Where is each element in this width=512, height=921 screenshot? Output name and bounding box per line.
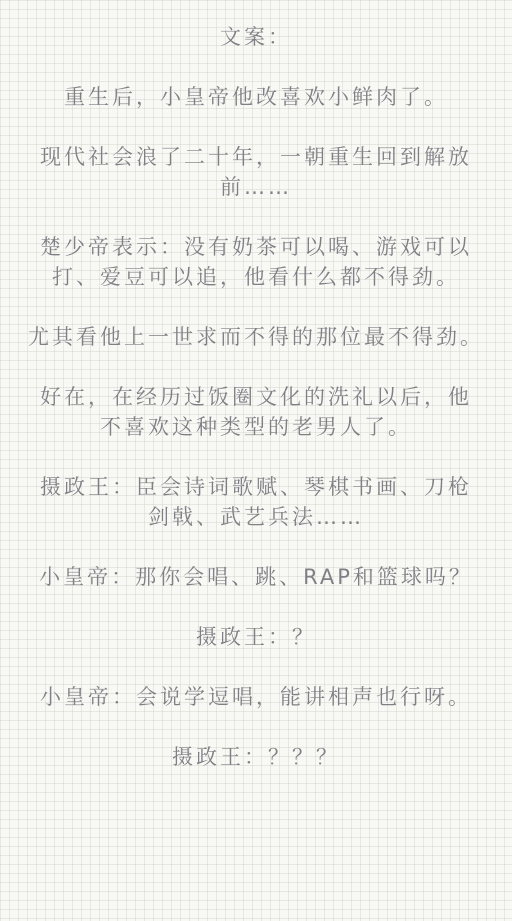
grid-paper-page: 文案： 重生后，小皇帝他改喜欢小鲜肉了。 现代社会浪了二十年，一朝重生回到解放 … bbox=[0, 0, 512, 921]
paragraph-6: 摄政王：臣会诗词歌赋、琴棋书画、刀枪 剑戟、武艺兵法…… bbox=[16, 472, 496, 532]
document-title-text: 文案： bbox=[16, 22, 496, 52]
paragraph-line: 摄政王：？？？ bbox=[16, 742, 496, 772]
paragraph-line: 楚少帝表示：没有奶茶可以喝、游戏可以 bbox=[16, 232, 496, 262]
paragraph-line: 剑戟、武艺兵法…… bbox=[16, 502, 496, 532]
paragraph-line: 打、爱豆可以追，他看什么都不得劲。 bbox=[16, 262, 496, 292]
paragraph-1: 重生后，小皇帝他改喜欢小鲜肉了。 bbox=[16, 82, 496, 112]
paragraph-line: 摄政王：？ bbox=[16, 622, 496, 652]
paragraph-4: 尤其看他上一世求而不得的那位最不得劲。 bbox=[16, 322, 496, 352]
paragraph-3: 楚少帝表示：没有奶茶可以喝、游戏可以 打、爱豆可以追，他看什么都不得劲。 bbox=[16, 232, 496, 292]
paragraph-10: 摄政王：？？？ bbox=[16, 742, 496, 772]
paragraph-line: 小皇帝：会说学逗唱，能讲相声也行呀。 bbox=[16, 682, 496, 712]
paragraph-line: 好在，在经历过饭圈文化的洗礼以后，他 bbox=[16, 382, 496, 412]
paragraph-line: 现代社会浪了二十年，一朝重生回到解放 bbox=[16, 142, 496, 172]
paragraph-line: 不喜欢这种类型的老男人了。 bbox=[16, 412, 496, 442]
paragraph-line: 重生后，小皇帝他改喜欢小鲜肉了。 bbox=[16, 82, 496, 112]
paragraph-5: 好在，在经历过饭圈文化的洗礼以后，他 不喜欢这种类型的老男人了。 bbox=[16, 382, 496, 442]
document: 文案： 重生后，小皇帝他改喜欢小鲜肉了。 现代社会浪了二十年，一朝重生回到解放 … bbox=[16, 22, 496, 772]
paragraph-8: 摄政王：？ bbox=[16, 622, 496, 652]
paragraph-line: 前…… bbox=[16, 172, 496, 202]
document-title: 文案： bbox=[16, 22, 496, 52]
paragraph-9: 小皇帝：会说学逗唱，能讲相声也行呀。 bbox=[16, 682, 496, 712]
paragraph-line: 摄政王：臣会诗词歌赋、琴棋书画、刀枪 bbox=[16, 472, 496, 502]
paragraph-line: 尤其看他上一世求而不得的那位最不得劲。 bbox=[16, 322, 496, 352]
paragraph-2: 现代社会浪了二十年，一朝重生回到解放 前…… bbox=[16, 142, 496, 202]
paragraph-7: 小皇帝：那你会唱、跳、RAP和篮球吗？ bbox=[16, 562, 496, 592]
paragraph-line: 小皇帝：那你会唱、跳、RAP和篮球吗？ bbox=[16, 562, 496, 592]
